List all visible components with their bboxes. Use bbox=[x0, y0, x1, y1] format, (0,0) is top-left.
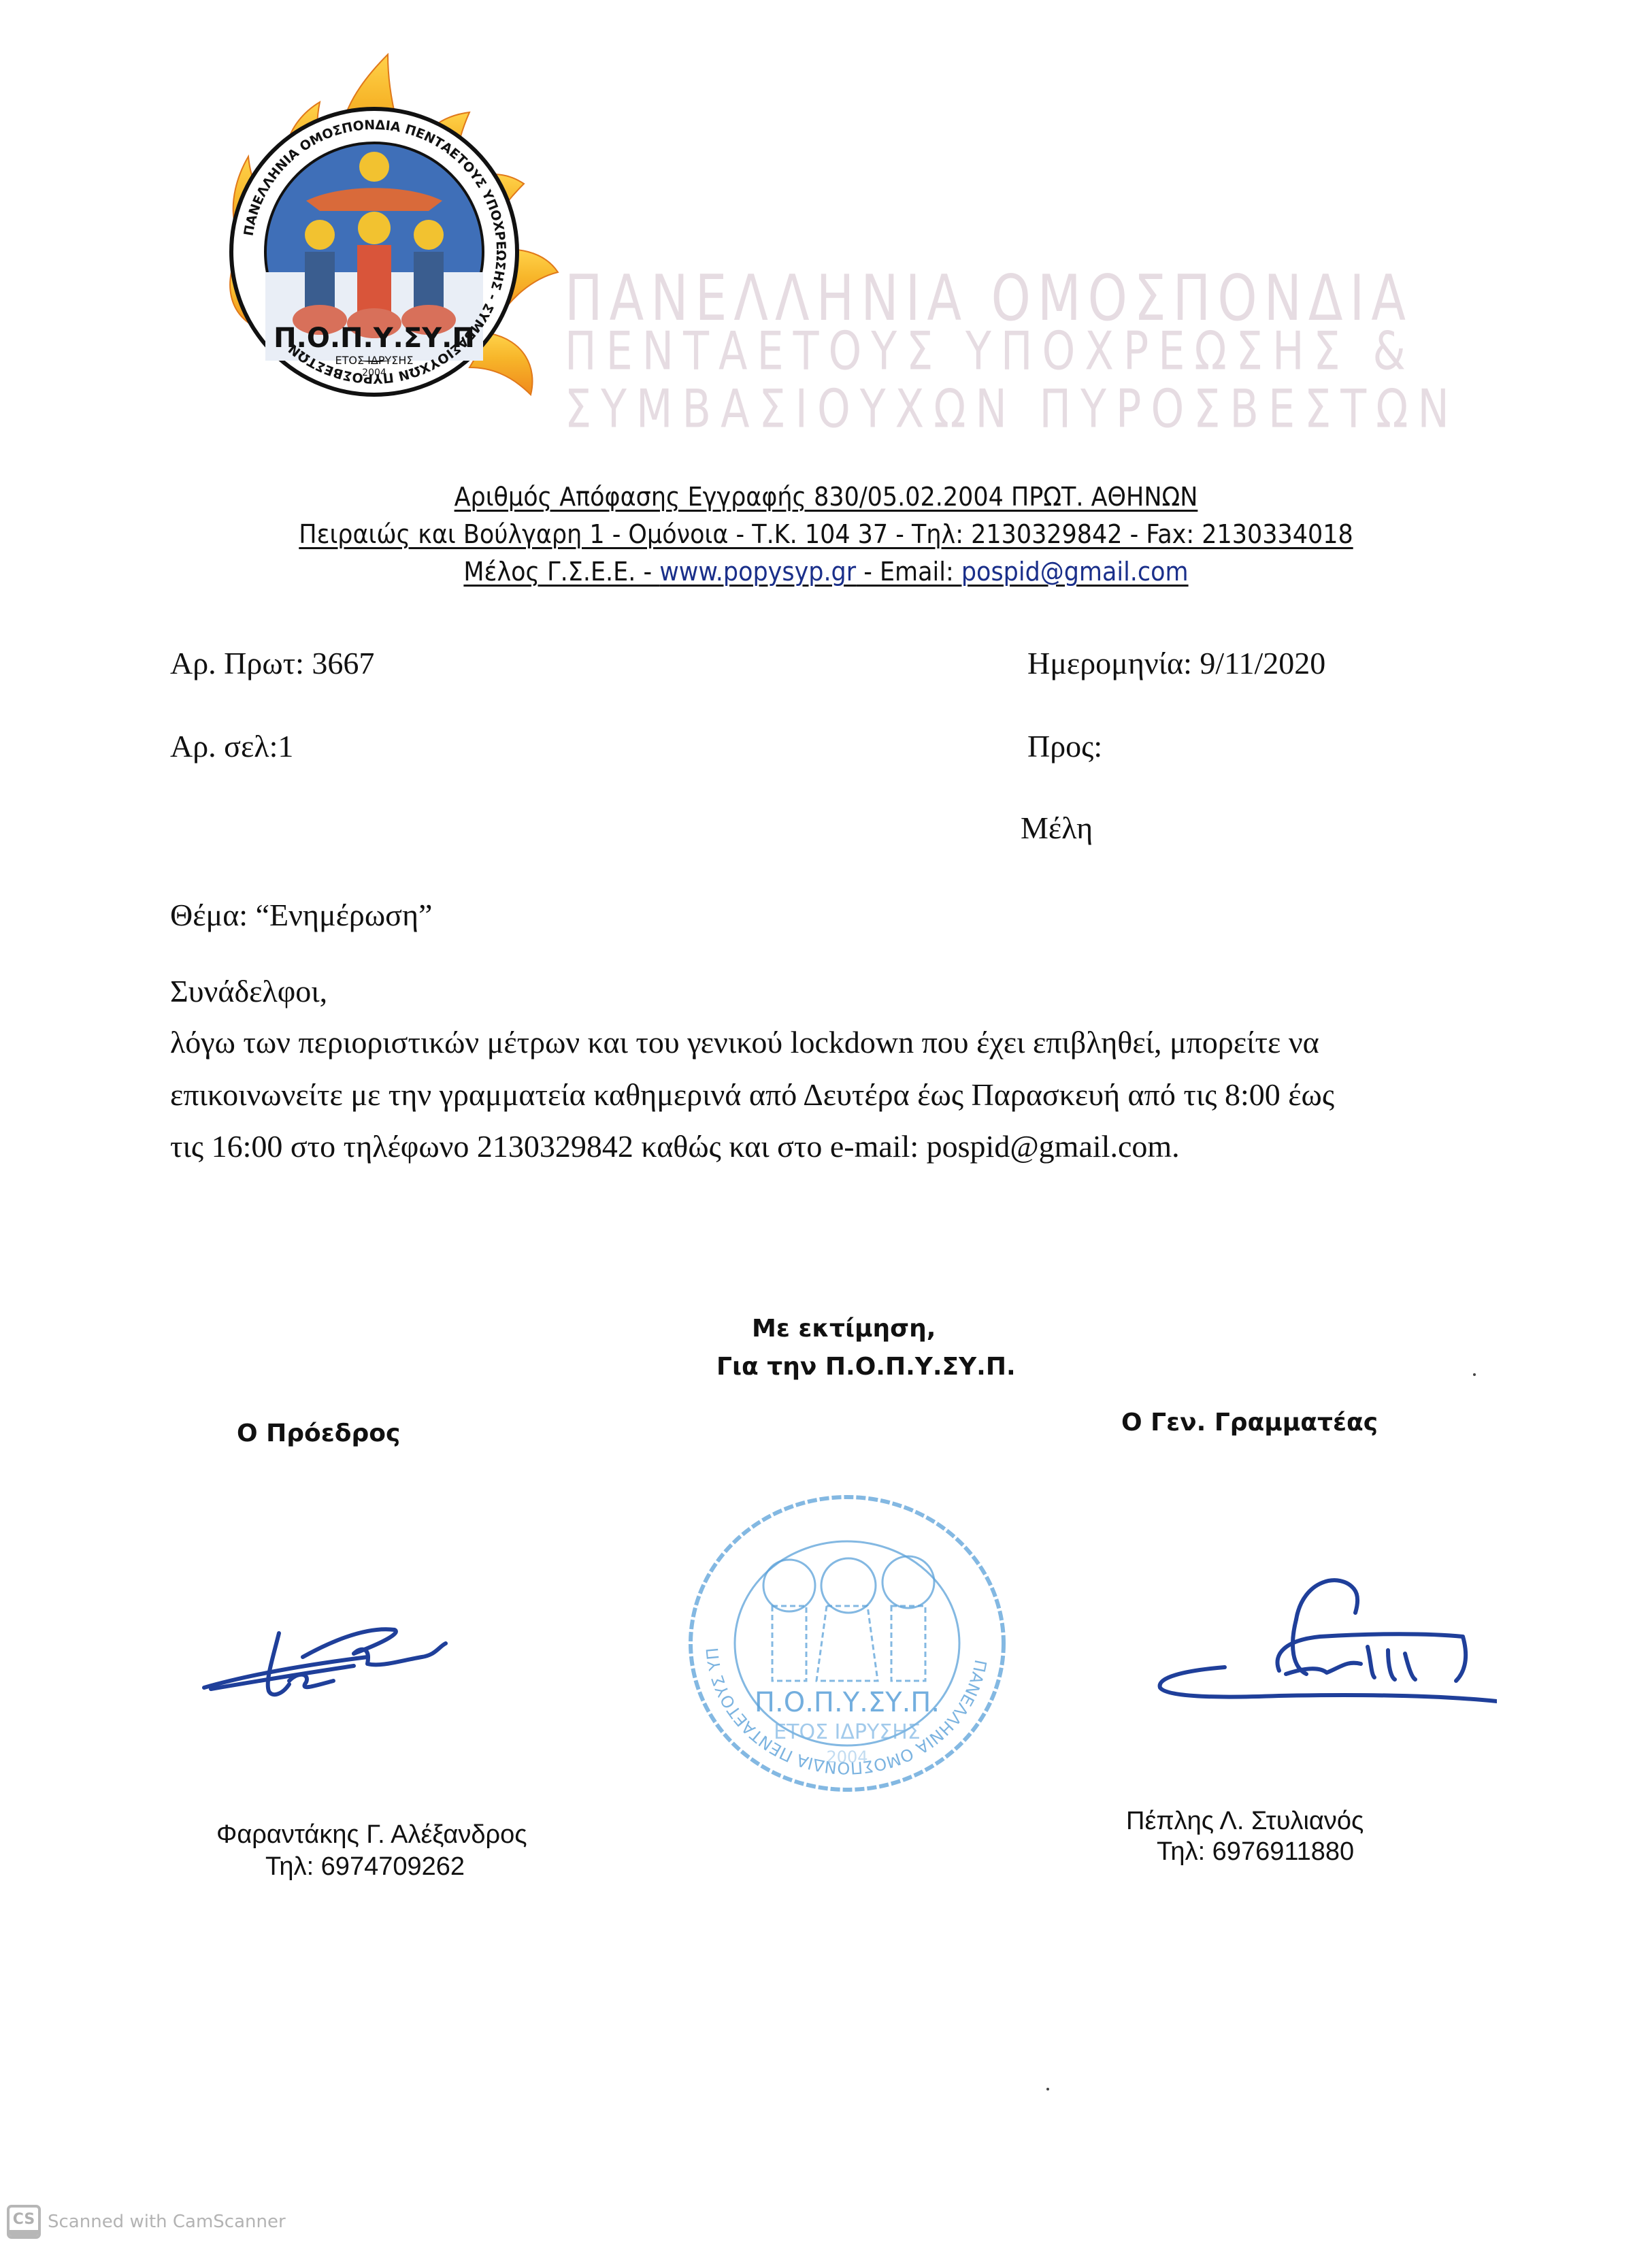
camscanner-watermark: CS Scanned with CamScanner bbox=[7, 2205, 286, 2239]
subject-line: Θέμα: “Ενημέρωση” bbox=[170, 897, 432, 933]
email-label: - Email: bbox=[856, 557, 961, 587]
org-title-line: ΠΕΝΤΑΕΤΟΥΣ ΥΠΟΧΡΕΩΣΗΣ & bbox=[565, 320, 1415, 382]
page-count: Αρ. σελ:1 bbox=[170, 728, 293, 764]
organization-stamp: ΠΑΝΕΛΛΗΝΙΑ ΟΜΟΣΠΟΝΔΙΑ ΠΕΝΤΑΕΤΟΥΣ ΥΠΟΧΡΕΩ… bbox=[670, 1483, 1024, 1803]
president-phone: Τηλ: 6974709262 bbox=[265, 1852, 465, 1882]
signature-icon bbox=[1143, 1565, 1497, 1722]
body-text-line: τις 16:00 στο τηλέφωνο 2130329842 καθώς … bbox=[170, 1128, 1180, 1164]
secretary-title: Ο Γεν. Γραμματέας bbox=[1121, 1409, 1378, 1437]
body-text-line: επικοινωνείτε με την γραμματεία καθημερι… bbox=[170, 1077, 1334, 1113]
svg-text:2004: 2004 bbox=[826, 1748, 868, 1767]
scan-speck bbox=[1473, 1373, 1476, 1376]
president-name: Φαραντάκης Γ. Αλέξανδρος bbox=[216, 1820, 527, 1850]
registration-line: Αριθμός Απόφασης Εγγραφής 830/05.02.2004… bbox=[66, 482, 1586, 512]
membership-line: Μέλος Γ.Σ.Ε.Ε. - www.popysyp.gr - Email:… bbox=[66, 557, 1586, 587]
svg-text:ΕΤΟΣ ΙΔΡΥΣΗΣ: ΕΤΟΣ ΙΔΡΥΣΗΣ bbox=[774, 1720, 921, 1744]
secretary-phone: Τηλ: 6976911880 bbox=[1157, 1837, 1354, 1867]
camscanner-icon: CS bbox=[7, 2205, 41, 2239]
recipient-value: Μέλη bbox=[1021, 810, 1093, 846]
closing-regards: Με εκτίμηση, bbox=[752, 1315, 936, 1343]
flame-emblem-icon: Π.Ο.Π.Υ.ΣΥ.Π ΕΤΟΣ ΙΔΡΥΣΗΣ 2004 ΠΑΝΕΛΛΗΝΙ… bbox=[184, 48, 565, 429]
president-signature bbox=[197, 1606, 524, 1728]
closing-organization: Για την Π.Ο.Π.Υ.ΣΥ.Π. bbox=[716, 1353, 1016, 1381]
greeting: Συνάδελφοι, bbox=[170, 973, 327, 1009]
signature-icon bbox=[197, 1606, 524, 1728]
secretary-signature bbox=[1143, 1565, 1497, 1722]
recipient-label: Προς: bbox=[1027, 728, 1102, 764]
document-date: Ημερομηνία: 9/11/2020 bbox=[1027, 645, 1325, 681]
scan-speck bbox=[1046, 2088, 1049, 2090]
president-title: Ο Πρόεδρος bbox=[237, 1420, 400, 1447]
membership-label: Μέλος Γ.Σ.Ε.Ε. - bbox=[463, 557, 659, 587]
protocol-number: Αρ. Πρωτ: 3667 bbox=[170, 645, 374, 681]
address-line: Πειραιώς και Βούλγαρη 1 - Ομόνοια - Τ.Κ.… bbox=[66, 519, 1586, 549]
stamp-icon: ΠΑΝΕΛΛΗΝΙΑ ΟΜΟΣΠΟΝΔΙΑ ΠΕΝΤΑΕΤΟΥΣ ΥΠΟΧΡΕΩ… bbox=[670, 1483, 1024, 1803]
body-text-line: λόγω των περιοριστικών μέτρων και του γε… bbox=[170, 1024, 1319, 1060]
svg-text:ΕΤΟΣ ΙΔΡΥΣΗΣ: ΕΤΟΣ ΙΔΡΥΣΗΣ bbox=[335, 354, 413, 367]
website-link[interactable]: www.popysyp.gr bbox=[659, 557, 856, 587]
email-link[interactable]: pospid@gmail.com bbox=[961, 557, 1189, 587]
secretary-name: Πέπλης Λ. Στυλιανός bbox=[1126, 1807, 1364, 1836]
org-title-line: ΣΥΜΒΑΣΙΟΥΧΩΝ ΠΥΡΟΣΒΕΣΤΩΝ bbox=[565, 378, 1459, 440]
camscanner-text: Scanned with CamScanner bbox=[48, 2212, 286, 2232]
union-logo: Π.Ο.Π.Υ.ΣΥ.Π ΕΤΟΣ ΙΔΡΥΣΗΣ 2004 ΠΑΝΕΛΛΗΝΙ… bbox=[184, 48, 565, 429]
svg-text:Π.Ο.Π.Υ.ΣΥ.Π.: Π.Ο.Π.Υ.ΣΥ.Π. bbox=[755, 1687, 940, 1718]
